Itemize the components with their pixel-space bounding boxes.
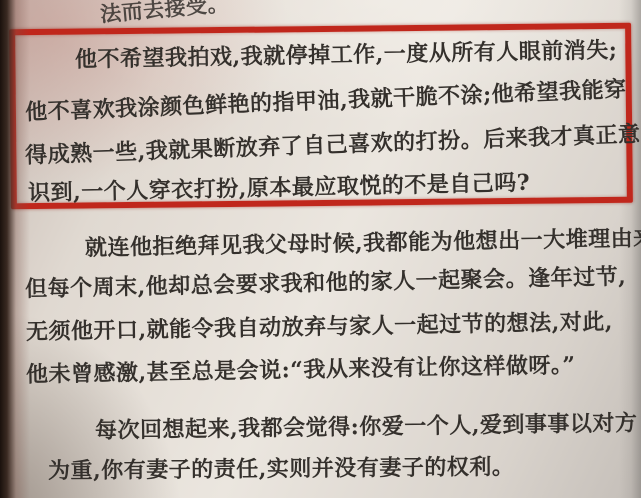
page-text: 法而去接受。 他不希望我拍戏,我就停掉工作,一度从所有人眼前消失; 他不喜欢我涂… — [0, 0, 641, 498]
partial-top-line: 法而去接受。 — [99, 0, 230, 30]
text-line: 他未曾感激,甚至总是会说:“我从来没有让你这样做呀。” — [26, 350, 576, 390]
text-line: 但每个周末,他却总会要求我和他的家人一起聚会。逢年过节, — [25, 262, 627, 305]
highlighted-line: 识到,一个人穿衣打扮,原本最应取悦的不是自己吗? — [28, 168, 531, 209]
text-line: 无须他开口,就能令我自动放弃与家人一起过节的想法,对此, — [26, 307, 613, 347]
book-page-photo: 法而去接受。 他不希望我拍戏,我就停掉工作,一度从所有人眼前消失; 他不喜欢我涂… — [0, 0, 641, 498]
highlighted-line: 得成熟一些,我就果断放弃了自己喜欢的打扮。后来我才真正意 — [25, 119, 641, 170]
highlighted-line: 他不希望我拍戏,我就停掉工作,一度从所有人眼前消失; — [75, 35, 618, 74]
text-line: 为重,你有妻子的责任,实则并没有妻子的权利。 — [48, 452, 515, 486]
highlighted-line: 他不喜欢我涂颜色鲜艳的指甲油,我就干脆不涂;他希望我能穿 — [25, 74, 628, 127]
text-line: 每次回想起来,我都会觉得:你爱一个人,爱到事事以对方 — [95, 408, 638, 446]
text-line: 就连他拒绝拜见我父母时候,我都能为他想出一大堆理由来。 — [85, 223, 641, 263]
